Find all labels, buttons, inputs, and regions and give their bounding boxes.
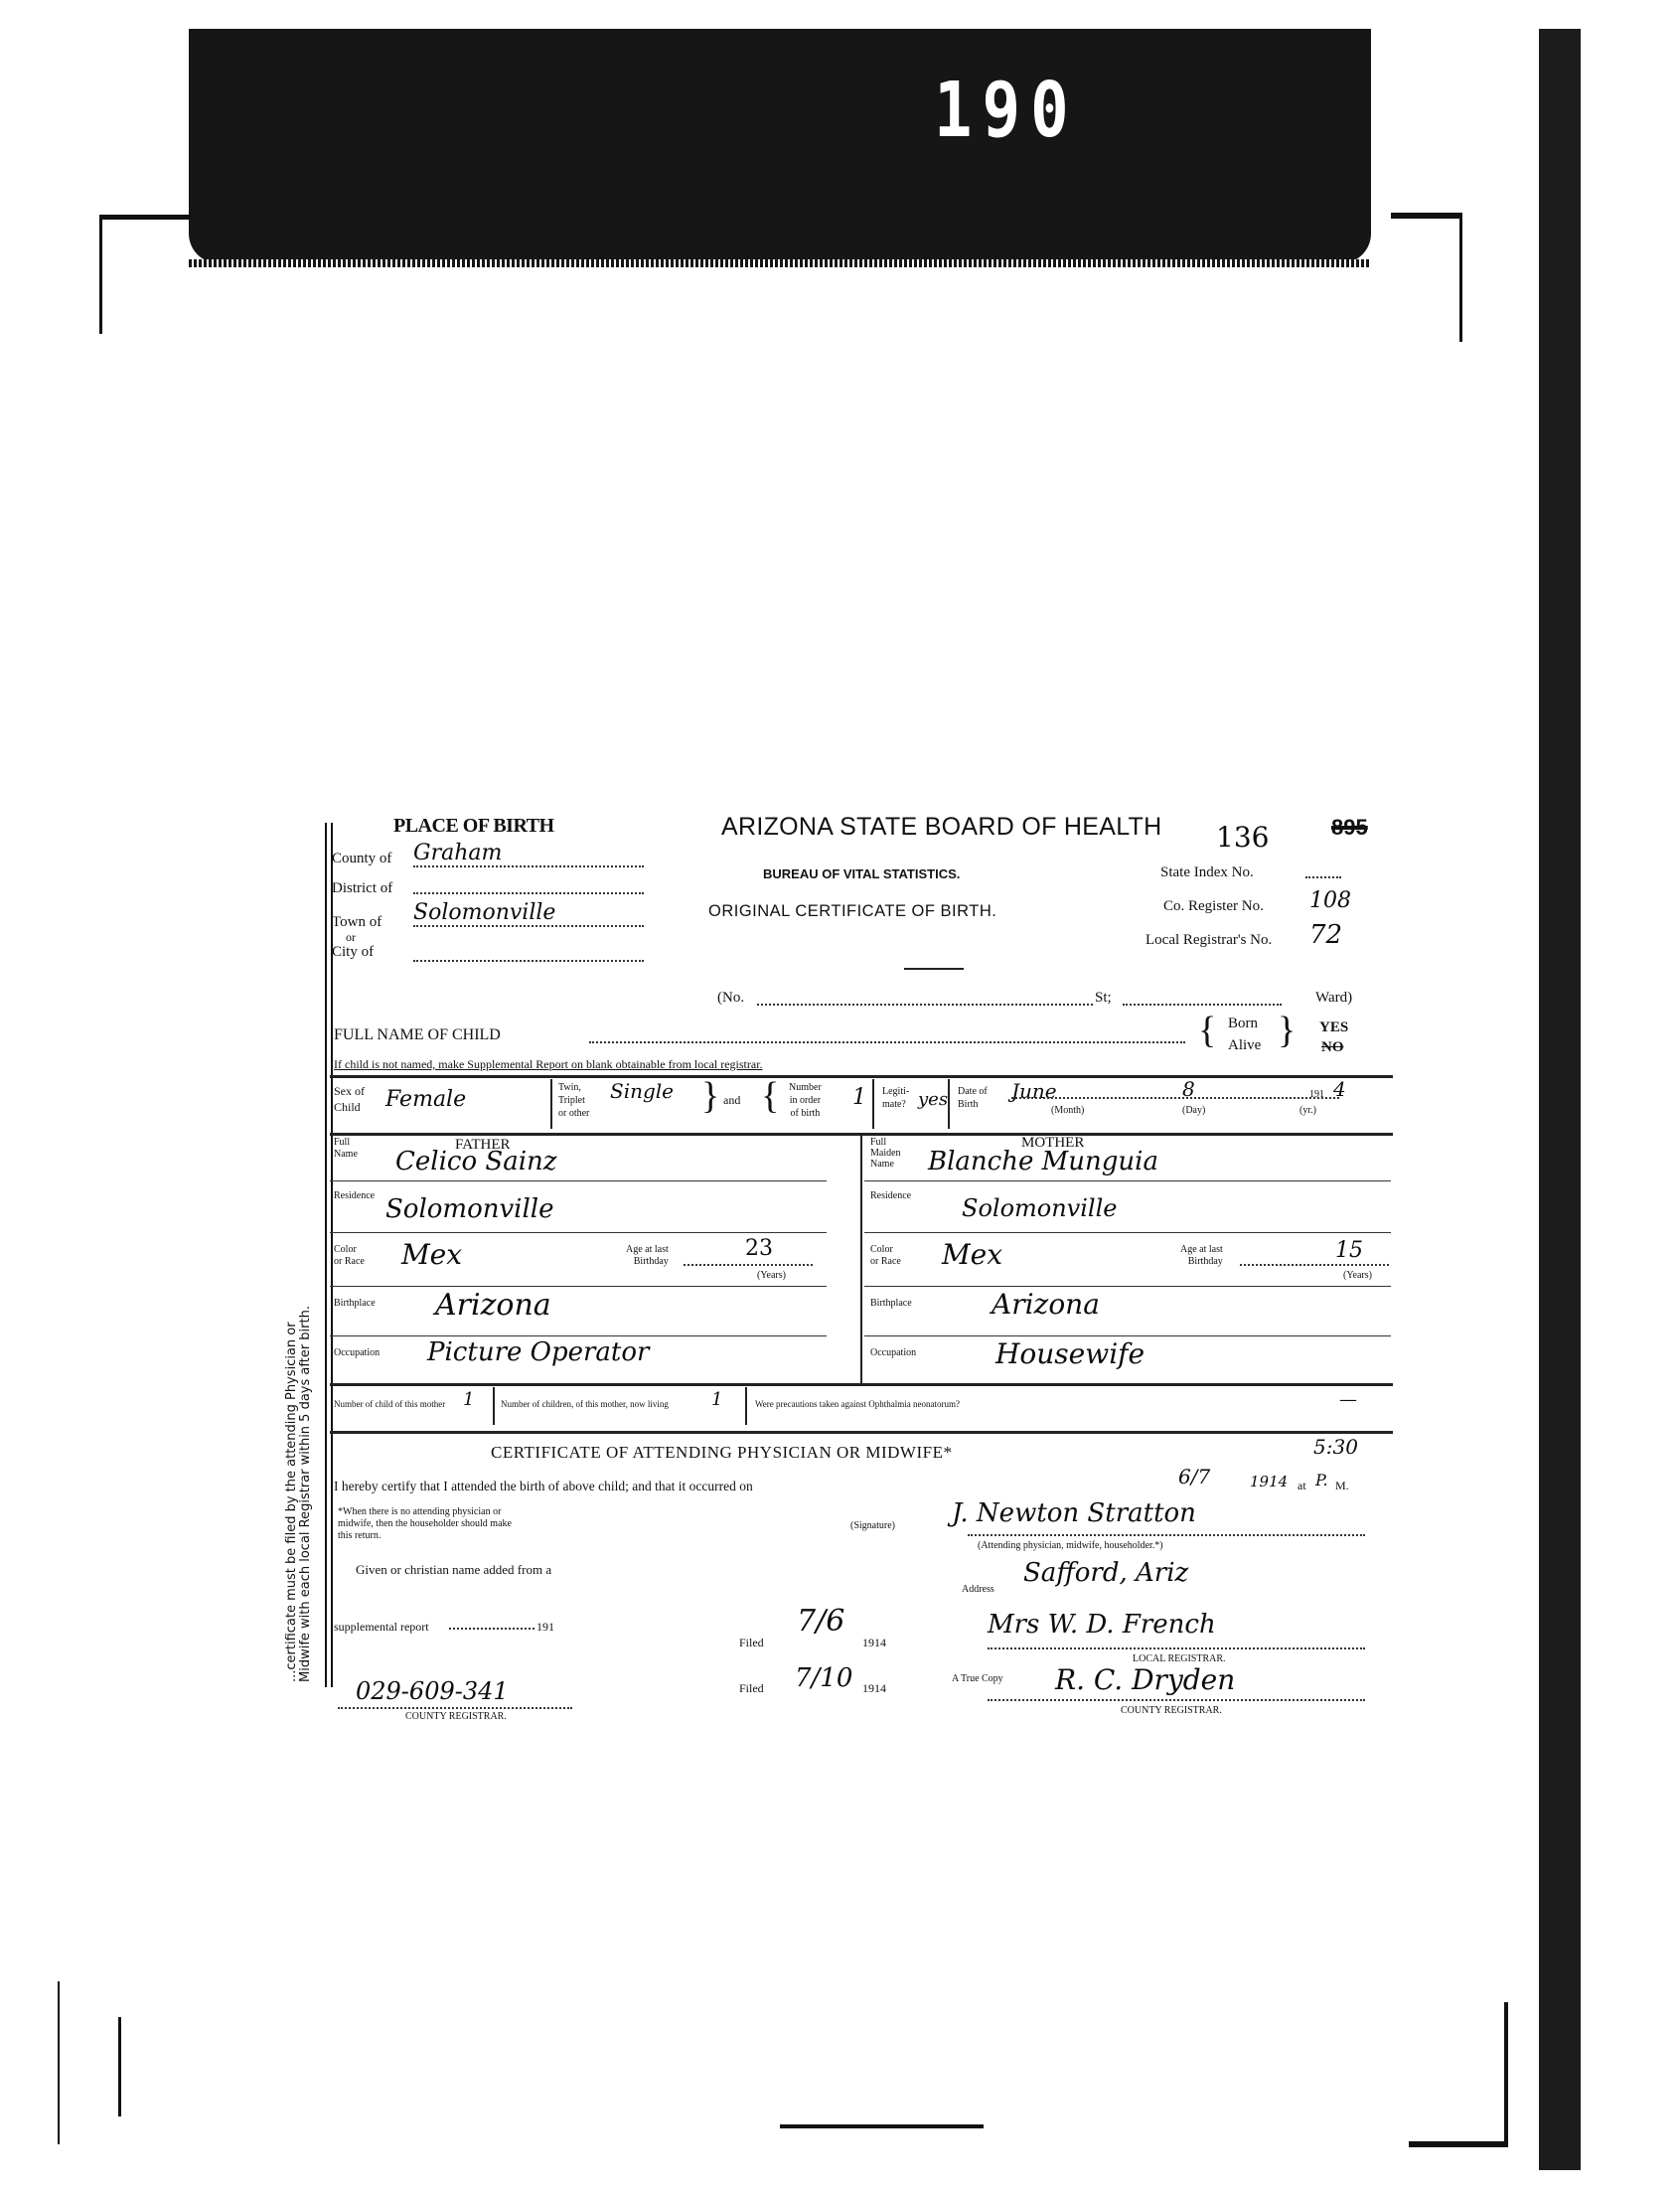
crop-mark-bottom-center — [780, 2124, 984, 2128]
twin-label-2: Triplet — [558, 1095, 585, 1106]
mother-residence-line — [864, 1232, 1391, 1233]
crop-mark-bottom-right-h — [1409, 2141, 1508, 2147]
father-residence-line — [330, 1232, 827, 1233]
divider-counts-1 — [493, 1387, 495, 1425]
mother-years-caption: (Years) — [1343, 1270, 1372, 1281]
mother-color-value[interactable]: Mex — [942, 1238, 1002, 1271]
father-birthplace-value[interactable]: Arizona — [435, 1288, 551, 1323]
city-label: City of — [332, 944, 374, 961]
city-field[interactable] — [413, 942, 644, 962]
given-name-note: Given or christian name added from a — [356, 1562, 551, 1578]
sex-label-1: Sex of — [334, 1084, 365, 1098]
dob-year-value[interactable]: 4 — [1333, 1077, 1346, 1101]
mother-birthplace-label: Birthplace — [870, 1298, 912, 1309]
birth-occurred-date[interactable]: 6/7 — [1178, 1465, 1210, 1488]
filed-1-year: 1914 — [862, 1636, 886, 1650]
mother-name-label-3: Name — [870, 1159, 894, 1170]
physician-address[interactable]: Safford, Ariz — [1023, 1558, 1188, 1588]
town-label: Town of — [332, 914, 382, 931]
father-age-label-2: Birthday — [634, 1256, 669, 1267]
divider-counts-2 — [745, 1387, 747, 1425]
father-age-label: Age at lastBirthday — [626, 1244, 669, 1268]
crop-mark-bottom-left-v2 — [58, 1981, 60, 2144]
place-of-birth-title: PLACE OF BIRTH — [393, 815, 554, 838]
order-label: Numberin orderof birth — [789, 1081, 822, 1120]
ampm-value[interactable]: P. — [1315, 1471, 1328, 1489]
or-label: or — [346, 930, 356, 945]
address-label: Address — [962, 1584, 994, 1595]
signature-line — [968, 1534, 1365, 1536]
mother-birthplace-value[interactable]: Arizona — [992, 1288, 1100, 1321]
father-age-label-1: Age at last — [626, 1244, 669, 1255]
street-no-label: (No. — [717, 990, 744, 1007]
signature-label: (Signature) — [850, 1520, 895, 1531]
alive-label: Alive — [1228, 1037, 1261, 1054]
father-name-label-1: Full — [334, 1137, 350, 1148]
mother-color-label: Coloror Race — [870, 1244, 901, 1268]
dob-month-value[interactable]: June — [1011, 1079, 1057, 1103]
co-register-label: Co. Register No. — [1163, 898, 1264, 915]
born-alive-yes[interactable]: YES — [1319, 1019, 1348, 1036]
crop-mark-bottom-left-v — [118, 2017, 121, 2116]
twin-label-1: Twin, — [558, 1082, 581, 1093]
county-registrar-line — [988, 1699, 1365, 1701]
order-value[interactable]: 1 — [852, 1085, 866, 1110]
order-label-3: of birth — [791, 1108, 821, 1119]
dob-year-prefix: 191 — [1309, 1089, 1324, 1100]
month-caption: (Month) — [1051, 1105, 1084, 1116]
day-caption: (Day) — [1182, 1105, 1205, 1116]
father-name-label: FullName — [334, 1137, 358, 1161]
father-residence-label: Residence — [334, 1190, 375, 1201]
at-label: at — [1298, 1479, 1306, 1493]
brace-left: { — [1198, 1012, 1216, 1049]
legit-label-1: Legiti- — [882, 1086, 909, 1097]
sex-value[interactable]: Female — [385, 1087, 466, 1112]
left-county-number[interactable]: 029-609-341 — [356, 1677, 509, 1705]
mother-color-line — [864, 1286, 1391, 1287]
brace-and-left: } — [701, 1077, 719, 1115]
twin-label-3: or other — [558, 1108, 589, 1119]
divider-order — [872, 1079, 874, 1129]
crop-mark-top-left-v — [99, 215, 102, 334]
local-registrar-line — [988, 1647, 1365, 1649]
supplemental-label: supplemental report — [334, 1620, 429, 1635]
divider-parents — [860, 1135, 862, 1383]
crop-mark-top-right-v — [1459, 213, 1462, 342]
born-label: Born — [1228, 1016, 1258, 1032]
dob-label-1: Date of — [958, 1086, 988, 1097]
father-color-label-1: Color — [334, 1244, 357, 1255]
filed-1-date[interactable]: 7/6 — [797, 1604, 844, 1639]
father-age-value[interactable]: 23 — [745, 1236, 773, 1261]
order-label-1: Number — [789, 1082, 822, 1093]
side-instructions-line-1: ...certificate must be filed by the atte… — [284, 1322, 299, 1682]
sex-label-2: Child — [334, 1100, 361, 1114]
full-name-child-field[interactable] — [589, 1023, 1185, 1043]
divider-child-top — [330, 1075, 1393, 1078]
struck-number: 895 — [1331, 815, 1368, 841]
father-name-value[interactable]: Celico Sainz — [395, 1147, 556, 1176]
twin-value[interactable]: Single — [610, 1079, 674, 1103]
county-field[interactable]: Graham — [413, 841, 644, 867]
divider-legit — [948, 1079, 950, 1129]
district-label: District of — [332, 880, 392, 897]
crop-mark-top-left-h — [99, 215, 191, 220]
mother-name-value[interactable]: Blanche Munguia — [928, 1147, 1158, 1176]
ward-label: Ward) — [1315, 990, 1352, 1007]
divider-sex — [550, 1079, 552, 1129]
father-birthplace-line — [330, 1335, 827, 1336]
father-name-label-2: Name — [334, 1149, 358, 1160]
birth-occurred-year[interactable]: 1914 — [1250, 1473, 1288, 1490]
father-color-label: Coloror Race — [334, 1244, 365, 1268]
supplemental-line[interactable] — [449, 1628, 535, 1630]
county-label: County of — [332, 851, 391, 867]
town-field[interactable]: Solomonville — [413, 900, 644, 927]
father-birthplace-label: Birthplace — [334, 1298, 376, 1309]
birth-certificate: ...certificate must be filed by the atte… — [316, 773, 1401, 1737]
stamp-number: 190 — [934, 68, 1079, 156]
mother-age-line — [1240, 1264, 1389, 1266]
divider-counts-bottom — [330, 1431, 1393, 1434]
father-age-line — [684, 1264, 813, 1266]
street-label: St; — [1095, 990, 1112, 1007]
ward-field[interactable] — [1123, 990, 1282, 1006]
county-registrar-caption: COUNTY REGISTRAR. — [1121, 1705, 1222, 1716]
born-alive-no[interactable]: NO — [1321, 1039, 1344, 1056]
mother-color-label-1: Color — [870, 1244, 893, 1255]
mother-occupation-value[interactable]: Housewife — [995, 1337, 1145, 1370]
state-index-label: State Index No. — [1160, 864, 1254, 881]
left-county-line — [338, 1707, 572, 1709]
mother-name-label: FullMaidenName — [870, 1137, 901, 1170]
mother-name-line — [864, 1180, 1391, 1181]
father-color-line — [330, 1286, 827, 1287]
child-number-value[interactable]: 1 — [463, 1389, 474, 1410]
mother-residence-value[interactable]: Solomonville — [962, 1194, 1117, 1222]
order-label-2: in order — [790, 1095, 821, 1106]
legit-value[interactable]: yes — [918, 1089, 948, 1110]
physician-footnote: *When there is no attending physician or… — [338, 1506, 515, 1542]
certificate-title: ORIGINAL CERTIFICATE OF BIRTH. — [708, 902, 996, 921]
supplemental-year: 191 — [536, 1620, 554, 1635]
header-divider — [904, 968, 964, 970]
birth-time-value[interactable]: 5:30 — [1313, 1435, 1358, 1459]
local-registrar-signature[interactable]: Mrs W. D. French — [988, 1610, 1216, 1640]
mother-age-label-2: Birthday — [1188, 1256, 1223, 1267]
brace-and-right: { — [761, 1077, 779, 1115]
filed-2-year: 1914 — [862, 1681, 886, 1696]
crop-mark-top-right-h — [1391, 213, 1462, 219]
true-copy-label: A True Copy — [952, 1673, 1003, 1684]
brace-right: } — [1278, 1012, 1296, 1049]
left-county-caption: COUNTY REGISTRAR. — [405, 1711, 507, 1722]
father-color-label-2: or Race — [334, 1256, 365, 1267]
crop-mark-bottom-right-v — [1504, 2002, 1508, 2147]
ophthalmia-label: Were precautions taken against Ophthalmi… — [755, 1399, 960, 1409]
local-registrar-value[interactable]: 72 — [1309, 920, 1342, 950]
mother-name-label-1: Full — [870, 1137, 886, 1148]
mother-age-label: Age at lastBirthday — [1180, 1244, 1223, 1268]
m-label: M. — [1335, 1479, 1349, 1493]
bureau-title: BUREAU OF VITAL STATISTICS. — [763, 866, 960, 881]
local-registrar-label: Local Registrar's No. — [1145, 932, 1272, 949]
scan-top-dark-band — [189, 29, 1371, 263]
father-residence-value[interactable]: Solomonville — [385, 1194, 554, 1224]
filed-2-date[interactable]: 7/10 — [795, 1663, 852, 1693]
dob-label-2: Birth — [958, 1099, 979, 1110]
child-number-label: Number of child of this mother — [334, 1399, 445, 1409]
ophthalmia-value[interactable]: — — [1339, 1389, 1357, 1410]
mother-birthplace-line — [864, 1335, 1391, 1336]
mother-color-label-2: or Race — [870, 1256, 901, 1267]
and-label: and — [723, 1093, 740, 1108]
full-name-child-label: FULL NAME OF CHILD — [334, 1026, 501, 1044]
not-named-note: If child is not named, make Supplemental… — [334, 1057, 763, 1072]
state-index-line — [1305, 876, 1341, 878]
mother-name-label-2: Maiden — [870, 1148, 901, 1159]
co-register-value[interactable]: 108 — [1309, 888, 1351, 913]
sex-label: Sex ofChild — [334, 1083, 365, 1115]
side-instructions: ...certificate must be filed by the atte… — [284, 828, 324, 1682]
state-index-value[interactable]: 136 — [1216, 821, 1269, 854]
father-years-caption: (Years) — [757, 1270, 786, 1281]
street-no-field[interactable] — [757, 990, 1093, 1006]
yr-caption: (yr.) — [1299, 1105, 1316, 1116]
filed-2-label: Filed — [739, 1681, 764, 1696]
father-name-line — [330, 1180, 827, 1181]
dob-label: Date ofBirth — [958, 1085, 988, 1111]
legit-label-2: mate? — [882, 1099, 906, 1110]
county-registrar-signature[interactable]: R. C. Dryden — [1055, 1663, 1235, 1696]
father-occupation-value[interactable]: Picture Operator — [427, 1337, 649, 1367]
physician-signature[interactable]: J. Newton Stratton — [952, 1498, 1196, 1528]
signature-caption: (Attending physician, midwife, household… — [978, 1540, 1163, 1551]
twin-label: Twin,Tripletor other — [558, 1081, 589, 1120]
scan-right-dark-band — [1539, 29, 1581, 2170]
dob-line — [1011, 1097, 1339, 1099]
certify-text: I hereby certify that I attended the bir… — [334, 1479, 753, 1494]
mother-age-label-1: Age at last — [1180, 1244, 1223, 1255]
physician-heading: CERTIFICATE OF ATTENDING PHYSICIAN OR MI… — [491, 1443, 952, 1463]
legit-label: Legiti-mate? — [882, 1085, 909, 1111]
father-color-value[interactable]: Mex — [401, 1238, 462, 1271]
mother-residence-label: Residence — [870, 1190, 911, 1201]
district-field[interactable] — [413, 874, 644, 894]
filed-1-label: Filed — [739, 1636, 764, 1650]
board-title: ARIZONA STATE BOARD OF HEALTH — [721, 813, 1161, 842]
mother-age-value[interactable]: 15 — [1335, 1238, 1363, 1263]
living-value[interactable]: 1 — [711, 1389, 722, 1410]
mother-occupation-label: Occupation — [870, 1347, 916, 1358]
living-label: Number of children, of this mother, now … — [501, 1399, 669, 1409]
side-instructions-line-2: Midwife with each local Registrar within… — [298, 1306, 313, 1682]
divider-parents-bottom — [330, 1383, 1393, 1386]
father-occupation-label: Occupation — [334, 1347, 380, 1358]
